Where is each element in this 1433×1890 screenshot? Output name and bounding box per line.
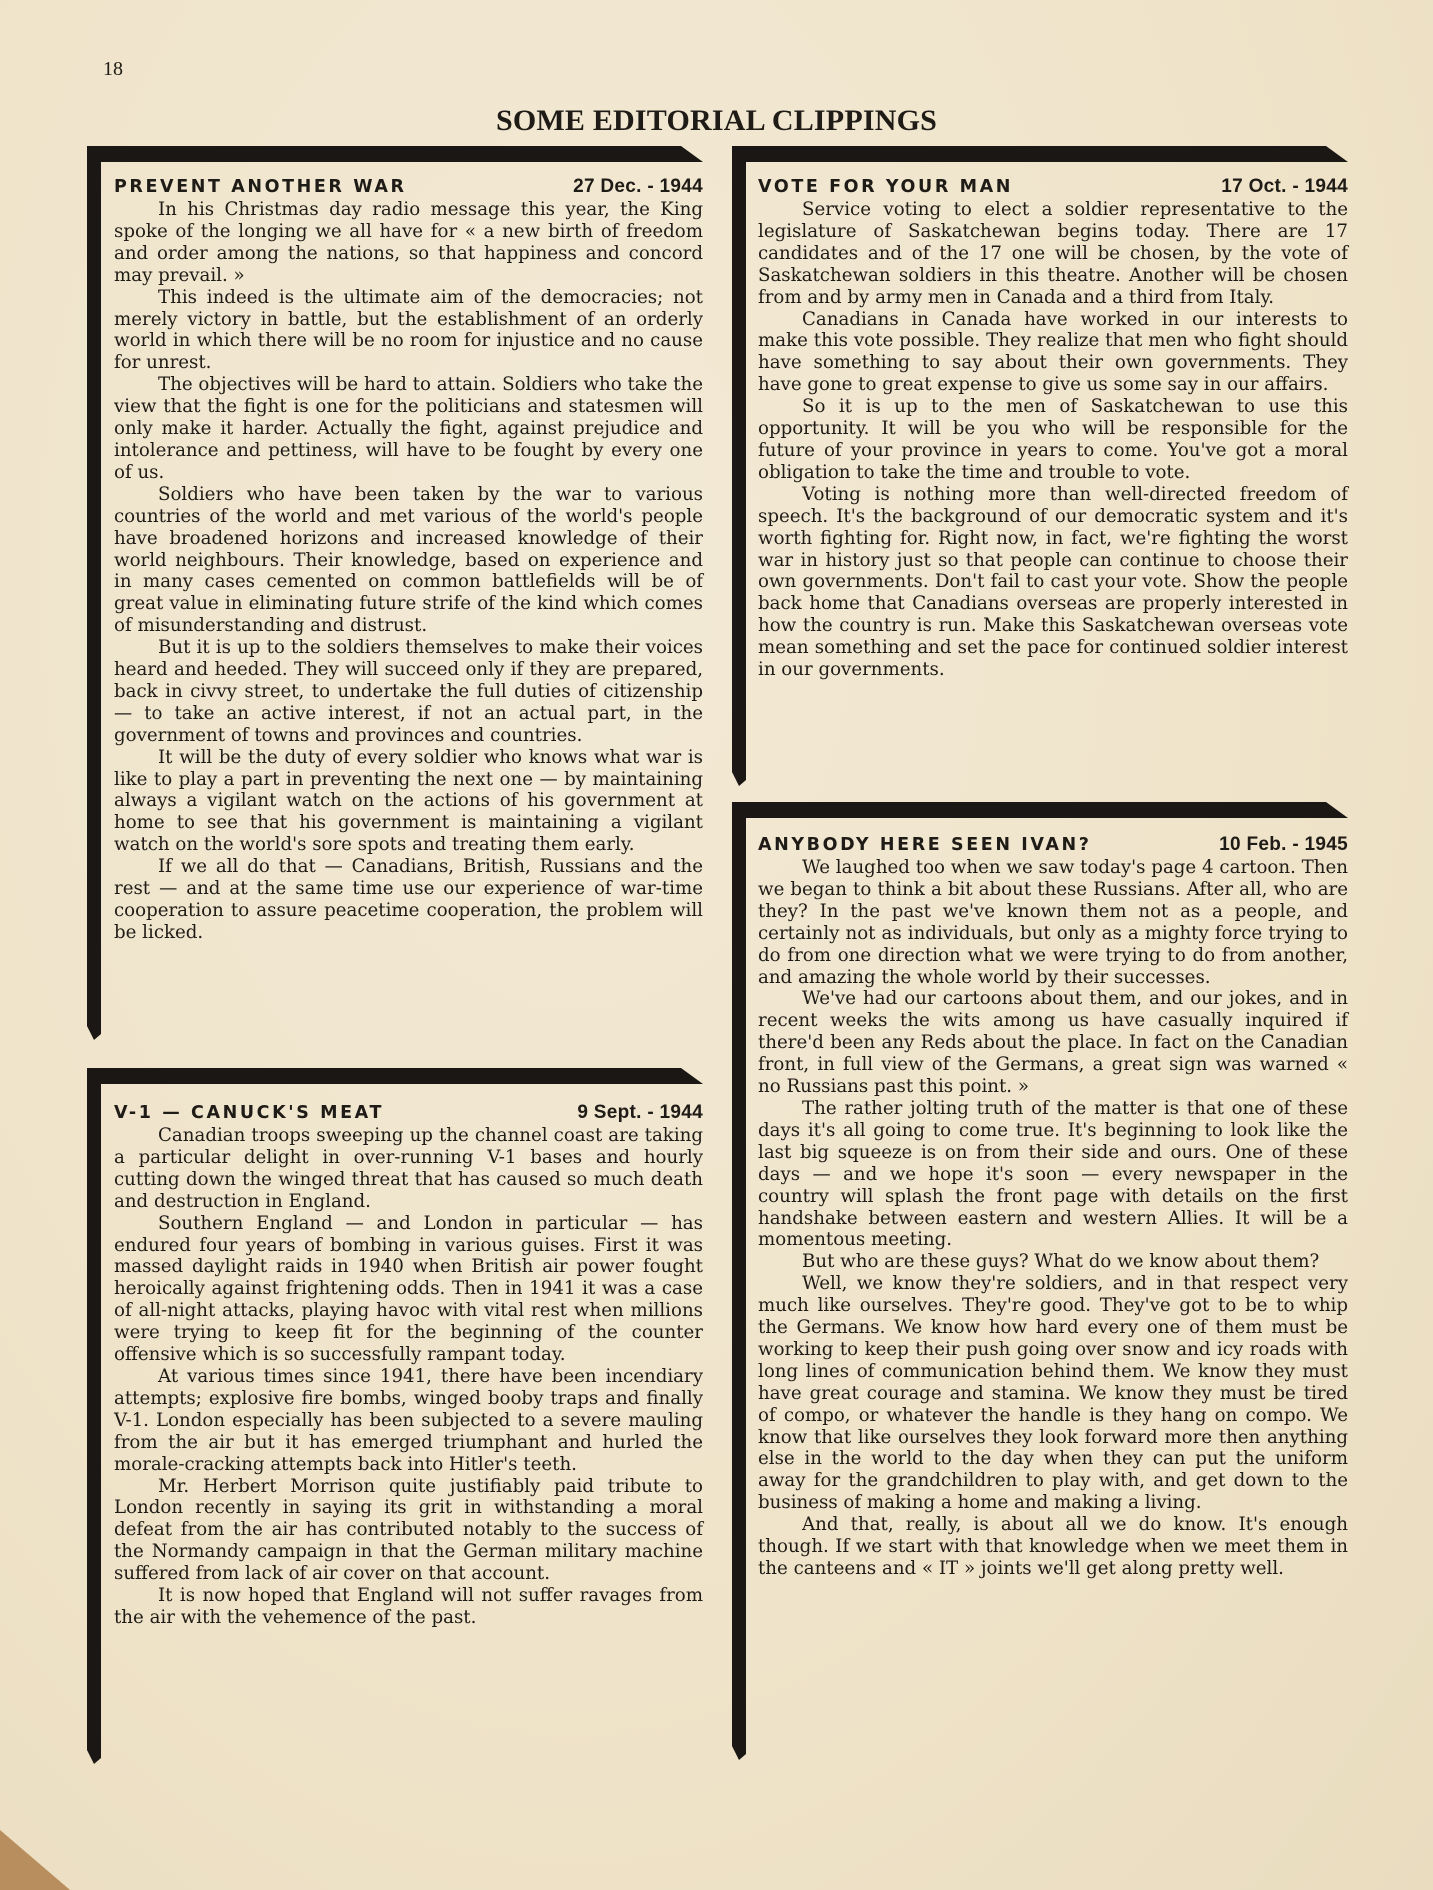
paragraph: But who are these guys? What do we know … [758, 1251, 1348, 1273]
paragraph: Soldiers who have been taken by the war … [114, 484, 703, 637]
paragraph: Canadian troops sweeping up the channel … [114, 1125, 703, 1213]
clipping-headline: PREVENT ANOTHER WAR [114, 177, 407, 197]
page-title: SOME EDITORIAL CLIPPINGS [0, 104, 1433, 138]
paragraph: The rather jolting truth of the matter i… [758, 1098, 1348, 1251]
clipping-body: PREVENT ANOTHER WAR 27 Dec. - 1944 In hi… [114, 176, 703, 944]
clipping-date: 27 Dec. - 1944 [573, 176, 703, 198]
paragraph: Southern England — and London in particu… [114, 1213, 703, 1366]
clipping-anybody-here-seen-ivan: ANYBODY HERE SEEN IVAN? 10 Feb. - 1945 W… [732, 802, 1348, 1760]
paragraph: And that, really, is about all we do kno… [758, 1514, 1348, 1580]
magazine-page: 18 SOME EDITORIAL CLIPPINGS PREVENT ANOT… [0, 0, 1433, 1890]
paragraph: Service voting to elect a soldier repres… [758, 199, 1348, 309]
clipping-frame-left [87, 146, 101, 1040]
clipping-frame-top [732, 146, 1348, 162]
paragraph: The objectives will be hard to attain. S… [114, 374, 703, 484]
clipping-header: PREVENT ANOTHER WAR 27 Dec. - 1944 [114, 176, 703, 198]
paragraph: This indeed is the ultimate aim of the d… [114, 287, 703, 375]
clipping-frame-top [87, 146, 703, 162]
page-number: 18 [103, 58, 123, 81]
paragraph: So it is up to the men of Saskatchewan t… [758, 396, 1348, 484]
paragraph: We laughed too when we saw today's page … [758, 857, 1348, 988]
page-corner-fold [0, 1830, 70, 1890]
paragraph: In his Christmas day radio message this … [114, 199, 703, 287]
clipping-v1-canucks-meat: V-1 — CANUCK'S MEAT 9 Sept. - 1944 Canad… [87, 1068, 703, 1764]
clipping-date: 17 Oct. - 1944 [1221, 176, 1348, 198]
clipping-frame-left [732, 146, 746, 786]
paragraph: It will be the duty of every soldier who… [114, 747, 703, 857]
clipping-date: 10 Feb. - 1945 [1219, 834, 1348, 856]
clipping-body: V-1 — CANUCK'S MEAT 9 Sept. - 1944 Canad… [114, 1102, 703, 1629]
clipping-headline: ANYBODY HERE SEEN IVAN? [758, 835, 1091, 855]
clipping-headline: VOTE FOR YOUR MAN [758, 177, 1013, 197]
clipping-body: VOTE FOR YOUR MAN 17 Oct. - 1944 Service… [758, 176, 1348, 681]
paragraph: Voting is nothing more than well-directe… [758, 484, 1348, 681]
clipping-header: VOTE FOR YOUR MAN 17 Oct. - 1944 [758, 176, 1348, 198]
clipping-frame-top [87, 1068, 703, 1084]
clipping-headline: V-1 — CANUCK'S MEAT [114, 1103, 384, 1123]
clipping-body: ANYBODY HERE SEEN IVAN? 10 Feb. - 1945 W… [758, 834, 1348, 1580]
clipping-frame-left [732, 802, 746, 1760]
paragraph: Well, we know they're soldiers, and in t… [758, 1273, 1348, 1514]
paragraph: It is now hoped that England will not su… [114, 1585, 703, 1629]
clipping-frame-left [87, 1068, 101, 1764]
paragraph: Canadians in Canada have worked in our i… [758, 309, 1348, 397]
paragraph: We've had our cartoons about them, and o… [758, 988, 1348, 1098]
clipping-date: 9 Sept. - 1944 [577, 1102, 703, 1124]
clipping-prevent-another-war: PREVENT ANOTHER WAR 27 Dec. - 1944 In hi… [87, 146, 703, 1040]
paragraph: But it is up to the soldiers themselves … [114, 637, 703, 747]
paragraph: Mr. Herbert Morrison quite justifiably p… [114, 1476, 703, 1586]
paragraph: At various times since 1941, there have … [114, 1366, 703, 1476]
clipping-header: V-1 — CANUCK'S MEAT 9 Sept. - 1944 [114, 1102, 703, 1124]
clipping-header: ANYBODY HERE SEEN IVAN? 10 Feb. - 1945 [758, 834, 1348, 856]
paragraph: If we all do that — Canadians, British, … [114, 856, 703, 944]
clipping-vote-for-your-man: VOTE FOR YOUR MAN 17 Oct. - 1944 Service… [732, 146, 1348, 786]
clipping-frame-top [732, 802, 1348, 818]
